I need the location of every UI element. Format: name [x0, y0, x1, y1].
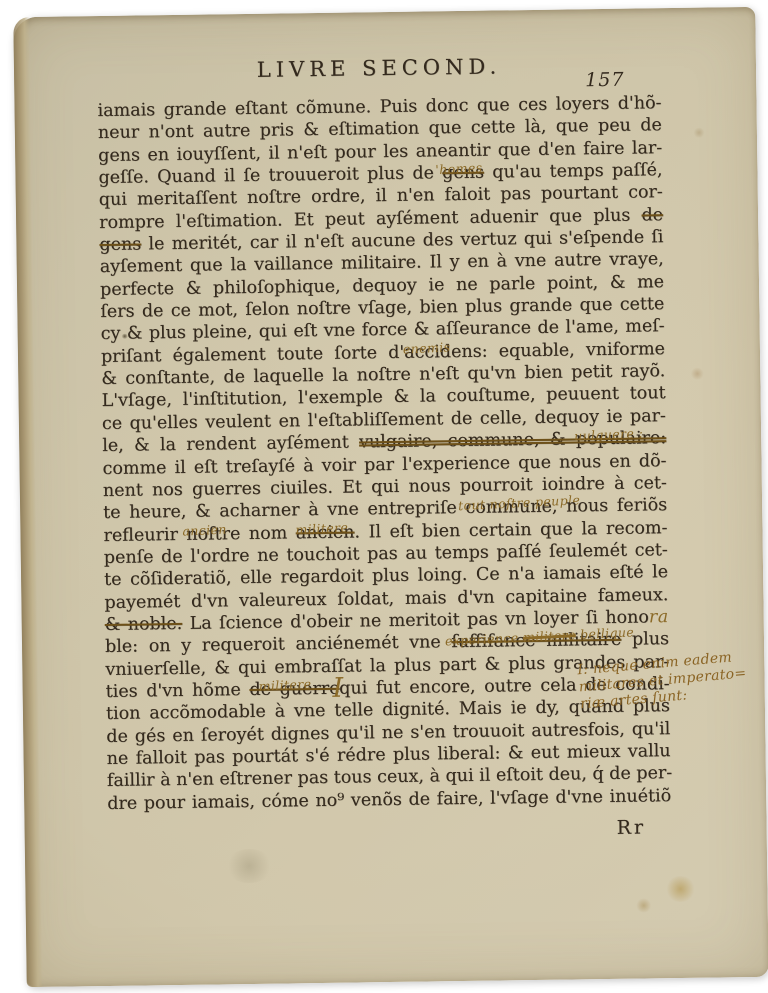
annotation-text: uulguere : [574, 425, 644, 443]
printed-text: commune,tout noſtre peuple [465, 497, 557, 518]
handwritten-annotation: militere [258, 678, 311, 693]
printed-text: . Il eſt bien certain que la recom- [354, 518, 667, 542]
signature-mark: Rr [616, 816, 646, 838]
printed-text: de guerremilitere [249, 679, 339, 700]
printed-text: nom [240, 523, 296, 544]
printed-text: qu'au temps paſſé, [484, 160, 663, 182]
printed-text: d'accidens:enemis [388, 341, 488, 362]
handwritten-annotation: 'homes [436, 162, 484, 177]
paper-stain [690, 368, 704, 380]
annotation-text: militere [295, 519, 349, 537]
printed-text: le, & la rendent ayſément [102, 433, 359, 457]
printed-text: de [641, 205, 663, 225]
annotation-text: experience [444, 630, 523, 649]
paper-stain [665, 876, 695, 902]
printed-text: ble: on y requeroit anciénemét vne [105, 632, 452, 657]
printed-text: equable, vniforme [487, 339, 665, 361]
printed-text: ſuffiſance militaireexperience militere … [451, 630, 621, 652]
annotation-text: ancien [182, 521, 227, 538]
handwritten-annotation: uulguere : [574, 427, 644, 443]
handwritten-inline: ra [649, 607, 669, 627]
printed-text: ancienmilitere [296, 522, 355, 543]
annotation-text: militere [258, 676, 312, 694]
annotation-text: militere [522, 627, 576, 645]
printed-text: nous feriõs [557, 495, 667, 517]
page-edge-deckle [13, 17, 43, 987]
paper-stain [636, 898, 652, 912]
handwritten-annotation: ancien [183, 523, 228, 538]
annotation-text: 'homes [436, 160, 484, 177]
printed-text: vulgaire, commune, & populaire:uulguere … [359, 428, 666, 452]
paper-stain [225, 849, 273, 884]
paper-stain [693, 128, 705, 138]
handwritten-annotation: militere [295, 521, 348, 536]
printed-text: gens'homes [442, 163, 484, 184]
printed-text: te heure, & acharner à vne entrepriſe [103, 498, 466, 523]
page-number: 157 [585, 69, 625, 92]
printed-text: & noble. [105, 614, 183, 635]
printed-text: plus [621, 629, 669, 650]
printed-text: priſant également toute ſorte [101, 343, 388, 367]
printed-text: refleurir noſtreancien [103, 524, 240, 546]
printed-text: ties d'vn hõme [106, 680, 250, 702]
printed-text: gens [99, 235, 141, 256]
handwritten-annotation: enemis [403, 341, 451, 356]
running-title: LIVRE SECOND. [97, 52, 661, 84]
annotation-text: enemis [403, 339, 451, 356]
book-page: LIVRE SECOND. 157 iamais grande eſtant c… [13, 7, 768, 987]
